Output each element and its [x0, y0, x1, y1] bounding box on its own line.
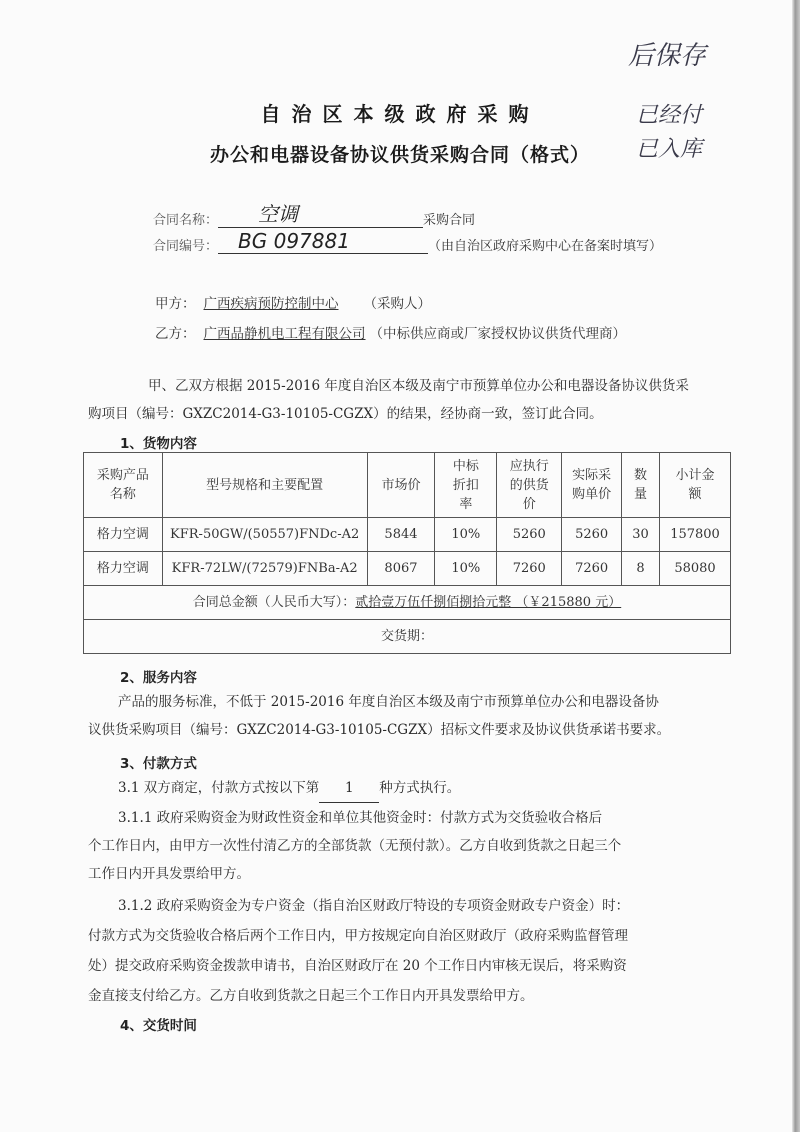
contract-number-label: 合同编号：	[153, 239, 218, 254]
goods-table: 采购产品名称 型号规格和主要配置 市场价 中标折扣率 应执行的供货价 实际采购单…	[83, 452, 731, 654]
clause-3-1-1-line-2: 个工作日内，由甲方一次性付清乙方的全部货款（无预付款）。乙方自收到货款之日起三个	[88, 832, 621, 860]
delivery-period-label: 交货期：	[381, 629, 433, 644]
clause-3-1-2-line-4: 金直接支付给乙方。乙方自收到货款之日起三个工作日内开具发票给甲方。	[88, 982, 534, 1010]
handwritten-note-archive: 后保存	[628, 35, 706, 72]
section-4-heading: 4、交货时间	[120, 1014, 197, 1034]
party-b-label: 乙方：	[155, 326, 196, 342]
section-1-heading: 1、货物内容	[120, 432, 197, 452]
header-cell-unit-price: 实际采购单价	[562, 453, 622, 518]
header-cell-market-price: 市场价	[367, 453, 435, 518]
header-cell-model: 型号规格和主要配置	[162, 453, 367, 518]
intro-line-2: 购项目（编号：GXZC2014-G3-10105-CGZX）的结果，经协商一致，…	[88, 400, 603, 428]
party-a-role: （采购人）	[364, 296, 432, 312]
party-b-role: （中标供应商或厂家授权协议供货代理商）	[370, 326, 627, 342]
table-row: 格力空调 KFR-72LW/(72579)FNBa-A2 8067 10% 72…	[84, 552, 731, 586]
document-subtitle: 办公和电器设备协议供货采购合同（格式）	[0, 140, 800, 167]
section-2-line-1: 产品的服务标准，不低于 2015-2016 年度自治区本级及南宁市预算单位办公和…	[118, 688, 659, 716]
cell-supply-price: 5260	[497, 518, 562, 552]
total-amount-row: 合同总金额（人民币大写）：贰拾壹万伍仟捌佰捌拾元整 （￥215880 元）	[84, 586, 731, 620]
contract-number-field[interactable]: BG 097881	[218, 229, 428, 254]
cell-subtotal: 157800	[660, 518, 731, 552]
party-a-row: 甲方：广西疾病预防控制中心（采购人）	[155, 292, 431, 312]
page-edge	[792, 0, 800, 1132]
cell-discount: 10%	[435, 518, 497, 552]
cell-quantity: 30	[622, 518, 660, 552]
contract-number-note: （由自治区政府采购中心在备案时填写）	[428, 239, 662, 254]
contract-name-field[interactable]: 空调	[218, 198, 423, 228]
cell-discount: 10%	[435, 552, 497, 586]
section-2-line-2: 议供货采购项目（编号：GXZC2014-G3-10105-CGZX）招标文件要求…	[88, 716, 670, 744]
total-amount-value: 贰拾壹万伍仟捌佰捌拾元整 （￥215880 元）	[355, 595, 621, 610]
cell-model: KFR-50GW/(50557)FNDc-A2	[162, 518, 367, 552]
party-b-value: 广西品静机电工程有限公司	[196, 326, 370, 342]
cell-market-price: 5844	[367, 518, 435, 552]
cell-unit-price: 5260	[562, 518, 622, 552]
contract-name-row: 合同名称：空调采购合同	[153, 198, 475, 228]
clause-3-1-1-line-3: 工作日内开具发票给甲方。	[88, 860, 250, 888]
header-cell-subtotal: 小计金额	[660, 453, 731, 518]
intro-line-1: 甲、乙双方根据 2015-2016 年度自治区本级及南宁市预算单位办公和电器设备…	[148, 372, 689, 400]
clause-3-1: 3.1 双方商定，付款方式按以下第1种方式执行。	[118, 774, 460, 803]
section-2-heading: 2、服务内容	[120, 666, 197, 686]
clause-3-1-2-line-2: 付款方式为交货验收合格后两个工作日内，甲方按规定向自治区财政厅（政府采购监督管理	[88, 922, 628, 950]
clause-3-1-2-line-1: 3.1.2 政府采购资金为专户资金（指自治区财政厅特设的专项资金财政专户资金）时…	[118, 892, 629, 920]
header-cell-supply-price: 应执行的供货价	[497, 453, 562, 518]
total-amount-cell: 合同总金额（人民币大写）：贰拾壹万伍仟捌佰捌拾元整 （￥215880 元）	[84, 586, 731, 620]
contract-number-row: 合同编号：BG 097881（由自治区政府采购中心在备案时填写）	[153, 229, 662, 254]
party-a-value: 广西疾病预防控制中心	[196, 296, 364, 312]
contract-name-suffix: 采购合同	[423, 213, 475, 228]
cell-subtotal: 58080	[660, 552, 731, 586]
section-3-heading: 3、付款方式	[120, 752, 197, 772]
table-header-row: 采购产品名称 型号规格和主要配置 市场价 中标折扣率 应执行的供货价 实际采购单…	[84, 453, 731, 518]
cell-model: KFR-72LW/(72579)FNBa-A2	[162, 552, 367, 586]
document-title: 自治区本级政府采购	[0, 98, 800, 127]
cell-product: 格力空调	[84, 552, 163, 586]
delivery-period-row: 交货期：	[84, 620, 731, 654]
cell-unit-price: 7260	[562, 552, 622, 586]
party-b-row: 乙方：广西品静机电工程有限公司（中标供应商或厂家授权协议供货代理商）	[155, 322, 626, 342]
header-cell-discount: 中标折扣率	[435, 453, 497, 518]
cell-product: 格力空调	[84, 518, 163, 552]
payment-method-number[interactable]: 1	[319, 774, 379, 803]
clause-3-1-2-line-3: 处）提交政府采购资金拨款申请书，自治区财政厅在 20 个工作日内审核无误后，将采…	[88, 952, 627, 980]
party-a-label: 甲方：	[155, 296, 196, 312]
table-row: 格力空调 KFR-50GW/(50557)FNDc-A2 5844 10% 52…	[84, 518, 731, 552]
clause-3-1-1-line-1: 3.1.1 政府采购资金为财政性资金和单位其他资金时：付款方式为交货验收合格后	[118, 804, 602, 832]
total-amount-label: 合同总金额（人民币大写）：	[193, 595, 356, 610]
delivery-period-cell: 交货期：	[84, 620, 731, 654]
header-cell-quantity: 数量	[622, 453, 660, 518]
cell-supply-price: 7260	[497, 552, 562, 586]
contract-name-label: 合同名称：	[153, 213, 218, 228]
cell-quantity: 8	[622, 552, 660, 586]
header-cell-product: 采购产品名称	[84, 453, 163, 518]
cell-market-price: 8067	[367, 552, 435, 586]
